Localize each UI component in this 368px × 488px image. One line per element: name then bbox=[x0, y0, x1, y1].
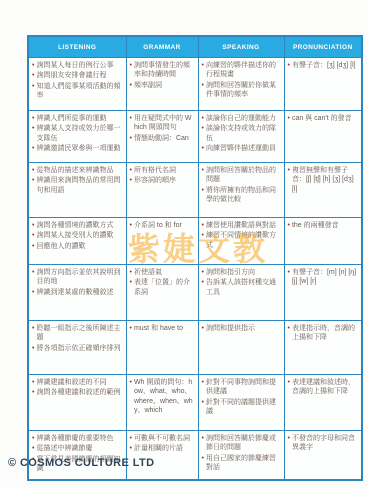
bullet-icon: • bbox=[202, 61, 204, 70]
bullet-item-text: 有聲子音：[m] [n] [ŋ] [j] [w] [r] bbox=[292, 268, 358, 287]
bullet-item-text: 辨識建議和敘述的不同 bbox=[36, 378, 122, 387]
bullet-item: •詢問和回答關於節慶或節日的問題 bbox=[202, 434, 281, 453]
bullet-item-text: 可數與不可數名詞 bbox=[134, 434, 195, 443]
bullet-item-text: 表達建議和敘述時，音調的上揚和下降 bbox=[292, 378, 358, 397]
bullet-icon: • bbox=[288, 324, 290, 333]
bullet-item: •詢問和回答關於你做某件事情的頻率 bbox=[202, 81, 281, 100]
bullet-item: •詢問和提供指示 bbox=[202, 324, 281, 333]
table-row: •從物品的描述來辨識物品•辨識用來詢問物品的常用問句和用語•所有格代名詞•形容詞… bbox=[28, 163, 362, 218]
table-cell: •詢問各種情境的讚歎方式•詢問某人接受別人的讚歎•回應他人的讚歎 bbox=[28, 218, 126, 265]
bullet-icon: • bbox=[32, 71, 34, 80]
table-header-row: LISTENING GRAMMAR SPEAKING PRONUNCIATION bbox=[28, 36, 362, 58]
bullet-item-text: 練習使用讚歎語與對話 bbox=[206, 221, 281, 230]
bullet-item-text: 告訴某人該搭何種交通工具 bbox=[206, 278, 281, 297]
bullet-item-text: 不發音的字母和同音異義字 bbox=[292, 434, 358, 453]
bullet-item: •從物品的描述來辨識物品 bbox=[32, 166, 123, 175]
bullet-icon: • bbox=[32, 82, 34, 91]
bullet-item-text: 將各項指示依正確順序排列 bbox=[36, 344, 122, 353]
bullet-icon: • bbox=[32, 242, 34, 251]
table-row: •辨識各種節慶的重要特色•從描述中辨識節慶•寫下常見美國節慶的相關知識•可數與不… bbox=[28, 431, 362, 480]
column-header-grammar: GRAMMAR bbox=[126, 36, 198, 58]
bullet-item: •辨識用來詢問物品的常用問句和用語 bbox=[32, 176, 123, 195]
bullet-item: •將各項指示依正確順序排列 bbox=[32, 344, 123, 353]
bullet-item-text: 詢問和回答關於物品的問題 bbox=[206, 166, 281, 185]
table-cell: •從物品的描述來辨識物品•辨識用來詢問物品的常用問句和用語 bbox=[28, 163, 126, 218]
table-cell: •所有格代名詞•形容詞的順序 bbox=[126, 163, 198, 218]
bullet-icon: • bbox=[32, 378, 34, 387]
bullet-item-text: 向練習夥伴描述運動員 bbox=[206, 144, 281, 153]
bullet-item: •知道人們從事某項活動的頻率 bbox=[32, 82, 123, 101]
bullet-item-text: 表達指示時，音調的上揚和下降 bbox=[292, 324, 358, 343]
bullet-icon: • bbox=[202, 398, 204, 407]
bullet-icon: • bbox=[32, 166, 34, 175]
bullet-item: •辨識到達某處的數種敘述 bbox=[32, 288, 123, 297]
bullet-icon: • bbox=[288, 268, 290, 277]
bullet-item-text: 辨識人們所從事的運動 bbox=[36, 114, 122, 123]
bullet-icon: • bbox=[130, 81, 132, 90]
bullet-item: •祈使語氣 bbox=[130, 268, 195, 277]
bullet-item-text: 表達「位置」的介系詞 bbox=[134, 278, 195, 297]
bullet-item: •有聲子音：[ʒ] [dʒ] [l] bbox=[288, 61, 359, 70]
bullet-icon: • bbox=[130, 166, 132, 175]
bullet-item: •向練習夥伴描述運動員 bbox=[202, 144, 281, 153]
bullet-item-text: 談論你支持或效力的隊伍 bbox=[206, 124, 281, 143]
bullet-icon: • bbox=[130, 176, 132, 185]
bullet-icon: • bbox=[202, 268, 204, 277]
bullet-item: •用自己國家的節慶練習對話 bbox=[202, 454, 281, 473]
bullet-item-text: 知道人們從事某項活動的頻率 bbox=[36, 82, 122, 101]
table-cell: •練習使用讚歎語與對話•練習不同情境的讚歎方式 bbox=[198, 218, 284, 265]
table-cell: •聆聽一組指示之後所陳述主題•將各項指示依正確順序排列 bbox=[28, 321, 126, 375]
bullet-icon: • bbox=[202, 324, 204, 333]
bullet-item: •情態助動詞：Can bbox=[130, 134, 195, 143]
bullet-icon: • bbox=[288, 166, 290, 175]
bullet-item-text: 針對不同的議題提供建議 bbox=[206, 398, 281, 417]
bullet-item: •談論你自己的運動能力 bbox=[202, 114, 281, 123]
bullet-item-text: 針對不同事物詢問和提供建議 bbox=[206, 378, 281, 397]
bullet-icon: • bbox=[202, 124, 204, 133]
bullet-icon: • bbox=[288, 61, 290, 70]
table-cell: •介系詞 to 和 for bbox=[126, 218, 198, 265]
bullet-icon: • bbox=[202, 221, 204, 230]
bullet-icon: • bbox=[130, 324, 132, 333]
bullet-item: •詢問和回答關於物品的問題 bbox=[202, 166, 281, 185]
bullet-item-text: 詢問和回答關於節慶或節日的問題 bbox=[206, 434, 281, 453]
scanned-page: LISTENING GRAMMAR SPEAKING PRONUNCIATION… bbox=[0, 0, 368, 488]
bullet-item-text: 詢問某人每日的例行公事 bbox=[36, 61, 122, 70]
bullet-icon: • bbox=[130, 378, 132, 387]
bullet-item: •must 和 have to bbox=[130, 324, 195, 333]
bullet-item-text: 辨識邀請民眾參與一項運動 bbox=[36, 144, 122, 153]
bullet-item-text: 詢問方向指示並依其說明到目的地 bbox=[36, 268, 122, 287]
bullet-item: •所有格代名詞 bbox=[130, 166, 195, 175]
bullet-item-text: 談論你自己的運動能力 bbox=[206, 114, 281, 123]
bullet-icon: • bbox=[288, 434, 290, 443]
bullet-item-text: 祈使語氣 bbox=[134, 268, 195, 277]
bullet-item: •表達指示時，音調的上揚和下降 bbox=[288, 324, 359, 343]
bullet-icon: • bbox=[130, 268, 132, 277]
bullet-item: •辨識邀請民眾參與一項運動 bbox=[32, 144, 123, 153]
bullet-item-text: 從描述中辨識節慶 bbox=[36, 444, 122, 453]
bullet-item: •複習無聲和有聲子音：[ʃ] [tʃ] [h] [ʒ] [dʒ] [l] bbox=[288, 166, 359, 194]
bullet-item-text: 詢問和回答關於你做某件事情的頻率 bbox=[206, 81, 281, 100]
table-cell: •複習無聲和有聲子音：[ʃ] [tʃ] [h] [ʒ] [dʒ] [l] bbox=[284, 163, 362, 218]
bullet-item-text: 詢問某人接受別人的讚歎 bbox=[36, 231, 122, 240]
bullet-icon: • bbox=[288, 378, 290, 387]
bullet-item-text: 辨識用來詢問物品的常用問句和用語 bbox=[36, 176, 122, 195]
column-header-listening: LISTENING bbox=[28, 36, 126, 58]
bullet-item: •回應他人的讚歎 bbox=[32, 242, 123, 251]
bullet-icon: • bbox=[32, 124, 34, 133]
bullet-item-text: 辨識某人支持或效力於哪一支隊伍 bbox=[36, 124, 122, 143]
bullet-item: •the 的兩種發音 bbox=[288, 221, 359, 230]
bullet-item: •詢問某人每日的例行公事 bbox=[32, 61, 123, 70]
table-cell: •詢問和提供指示 bbox=[198, 321, 284, 375]
bullet-icon: • bbox=[32, 268, 34, 277]
bullet-item-text: 詢問朋友安排會議行程 bbox=[36, 71, 122, 80]
bullet-icon: • bbox=[32, 444, 34, 453]
bullet-item-text: 練習不同情境的讚歎方式 bbox=[206, 231, 281, 250]
bullet-icon: • bbox=[32, 61, 34, 70]
bullet-item-text: 聆聽一組指示之後所陳述主題 bbox=[36, 324, 122, 343]
table-row: •辨識人們所從事的運動•辨識某人支持或效力於哪一支隊伍•辨識邀請民眾參與一項運動… bbox=[28, 111, 362, 163]
table-cell: •詢問和回答關於節慶或節日的問題•用自己國家的節慶練習對話 bbox=[198, 431, 284, 480]
bullet-item-text: 形容詞的順序 bbox=[134, 176, 195, 185]
table-cell: •辨識建議和敘述的不同•詢問各種建議和敘述的範例 bbox=[28, 375, 126, 431]
bullet-icon: • bbox=[32, 434, 34, 443]
bullet-icon: • bbox=[32, 176, 34, 185]
bullet-item-text: 計量相關的片語 bbox=[134, 444, 195, 453]
bullet-item: •Wh 開頭的問句：how、what、who、where、when、why、wh… bbox=[130, 378, 195, 416]
bullet-item-text: 詢問和指引方向 bbox=[206, 268, 281, 277]
table-cell: •must 和 have to bbox=[126, 321, 198, 375]
bullet-icon: • bbox=[288, 221, 290, 230]
bullet-icon: • bbox=[130, 134, 132, 143]
bullet-item: •介系詞 to 和 for bbox=[130, 221, 195, 230]
bullet-item-text: 所有格代名詞 bbox=[134, 166, 195, 175]
bullet-icon: • bbox=[202, 434, 204, 443]
bullet-icon: • bbox=[130, 221, 132, 230]
bullet-icon: • bbox=[202, 454, 204, 463]
bullet-item-text: 用自己國家的節慶練習對話 bbox=[206, 454, 281, 473]
table-row: •詢問方向指示並依其說明到目的地•辨識到達某處的數種敘述•祈使語氣•表達「位置」… bbox=[28, 265, 362, 321]
table-cell: •辨識人們所從事的運動•辨識某人支持或效力於哪一支隊伍•辨識邀請民眾參與一項運動 bbox=[28, 111, 126, 163]
bullet-item: •can 與 can't 的發音 bbox=[288, 114, 359, 123]
column-header-pronunciation: PRONUNCIATION bbox=[284, 36, 362, 58]
bullet-item-text: 複習無聲和有聲子音：[ʃ] [tʃ] [h] [ʒ] [dʒ] [l] bbox=[292, 166, 358, 194]
bullet-icon: • bbox=[32, 144, 34, 153]
bullet-item: •表達建議和敘述時，音調的上揚和下降 bbox=[288, 378, 359, 397]
bullet-item: •可數與不可數名詞 bbox=[130, 434, 195, 443]
table-cell: •有聲子音：[ʒ] [dʒ] [l] bbox=[284, 58, 362, 111]
bullet-item-text: 向練習的夥伴描述你的行程規畫 bbox=[206, 61, 281, 80]
bullet-item: •計量相關的片語 bbox=[130, 444, 195, 453]
bullet-icon: • bbox=[202, 186, 204, 195]
bullet-item: •辨識人們所從事的運動 bbox=[32, 114, 123, 123]
table-cell: •談論你自己的運動能力•談論你支持或效力的隊伍•向練習夥伴描述運動員 bbox=[198, 111, 284, 163]
bullet-item-text: 從物品的描述來辨識物品 bbox=[36, 166, 122, 175]
bullet-item: •聆聽一組指示之後所陳述主題 bbox=[32, 324, 123, 343]
bullet-item-text: 頻率副詞 bbox=[134, 81, 195, 90]
bullet-item-text: 詢問各種建議和敘述的範例 bbox=[36, 388, 122, 397]
bullet-icon: • bbox=[32, 114, 34, 123]
bullet-icon: • bbox=[202, 144, 204, 153]
bullet-item-text: 將你所擁有的物品和同學的做比較 bbox=[206, 186, 281, 205]
table-row: •辨識建議和敘述的不同•詢問各種建議和敘述的範例•Wh 開頭的問句：how、wh… bbox=[28, 375, 362, 431]
bullet-icon: • bbox=[32, 324, 34, 333]
table-cell: •Wh 開頭的問句：how、what、who、where、when、why、wh… bbox=[126, 375, 198, 431]
table-cell: •can 與 can't 的發音 bbox=[284, 111, 362, 163]
table-cell: •表達建議和敘述時，音調的上揚和下降 bbox=[284, 375, 362, 431]
bullet-icon: • bbox=[130, 114, 132, 123]
bullet-icon: • bbox=[130, 61, 132, 70]
bullet-icon: • bbox=[130, 434, 132, 443]
table-row: •詢問某人每日的例行公事•詢問朋友安排會議行程•知道人們從事某項活動的頻率•詢問… bbox=[28, 58, 362, 111]
bullet-item-text: 情態助動詞：Can bbox=[134, 134, 195, 143]
bullet-icon: • bbox=[202, 81, 204, 90]
bullet-item: •詢問各種情境的讚歎方式 bbox=[32, 221, 123, 230]
bullet-item: •談論你支持或效力的隊伍 bbox=[202, 124, 281, 143]
table-cell: •詢問事情發生的頻率和持續時間•頻率副詞 bbox=[126, 58, 198, 111]
bullet-item-text: 回應他人的讚歎 bbox=[36, 242, 122, 251]
bullet-item-text: 辨識到達某處的數種敘述 bbox=[36, 288, 122, 297]
bullet-item: •告訴某人該搭何種交通工具 bbox=[202, 278, 281, 297]
table-cell: •辨識各種節慶的重要特色•從描述中辨識節慶•寫下常見美國節慶的相關知識 bbox=[28, 431, 126, 480]
bullet-icon: • bbox=[202, 114, 204, 123]
bullet-item-text: can 與 can't 的發音 bbox=[292, 114, 358, 123]
table-cell: •詢問和指引方向•告訴某人該搭何種交通工具 bbox=[198, 265, 284, 321]
bullet-item: •辨識各種節慶的重要特色 bbox=[32, 434, 123, 443]
bullet-icon: • bbox=[32, 288, 34, 297]
table-cell: •向練習的夥伴描述你的行程規畫•詢問和回答關於你做某件事情的頻率 bbox=[198, 58, 284, 111]
bullet-item: •詢問事情發生的頻率和持續時間 bbox=[130, 61, 195, 80]
bullet-item: •向練習的夥伴描述你的行程規畫 bbox=[202, 61, 281, 80]
bullet-item-text: 詢問各種情境的讚歎方式 bbox=[36, 221, 122, 230]
bullet-icon: • bbox=[32, 221, 34, 230]
copyright-notice: © COSMOS CULTURE LTD bbox=[8, 457, 154, 469]
bullet-item: •針對不同的議題提供建議 bbox=[202, 398, 281, 417]
table-row: •聆聽一組指示之後所陳述主題•將各項指示依正確順序排列•must 和 have … bbox=[28, 321, 362, 375]
table-cell: •不發音的字母和同音異義字 bbox=[284, 431, 362, 480]
table-cell: •祈使語氣•表達「位置」的介系詞 bbox=[126, 265, 198, 321]
bullet-item-text: 有聲子音：[ʒ] [dʒ] [l] bbox=[292, 61, 358, 70]
bullet-item: •辨識建議和敘述的不同 bbox=[32, 378, 123, 387]
curriculum-table: LISTENING GRAMMAR SPEAKING PRONUNCIATION… bbox=[27, 35, 363, 481]
table-cell: •有聲子音：[m] [n] [ŋ] [j] [w] [r] bbox=[284, 265, 362, 321]
bullet-item: •不發音的字母和同音異義字 bbox=[288, 434, 359, 453]
table-cell: •用在疑問式中的 Which 開頭問句•情態助動詞：Can bbox=[126, 111, 198, 163]
table-cell: •詢問和回答關於物品的問題•將你所擁有的物品和同學的做比較 bbox=[198, 163, 284, 218]
table-cell: •詢問某人每日的例行公事•詢問朋友安排會議行程•知道人們從事某項活動的頻率 bbox=[28, 58, 126, 111]
bullet-icon: • bbox=[32, 231, 34, 240]
bullet-icon: • bbox=[202, 378, 204, 387]
bullet-item: •有聲子音：[m] [n] [ŋ] [j] [w] [r] bbox=[288, 268, 359, 287]
bullet-item-text: Wh 開頭的問句：how、what、who、where、when、why、whi… bbox=[134, 378, 195, 416]
bullet-item: •形容詞的順序 bbox=[130, 176, 195, 185]
bullet-item: •辨識某人支持或效力於哪一支隊伍 bbox=[32, 124, 123, 143]
bullet-item-text: the 的兩種發音 bbox=[292, 221, 358, 230]
bullet-icon: • bbox=[32, 388, 34, 397]
bullet-item: •練習使用讚歎語與對話 bbox=[202, 221, 281, 230]
table-cell: •針對不同事物詢問和提供建議•針對不同的議題提供建議 bbox=[198, 375, 284, 431]
bullet-item: •將你所擁有的物品和同學的做比較 bbox=[202, 186, 281, 205]
table-cell: •表達指示時，音調的上揚和下降 bbox=[284, 321, 362, 375]
bullet-icon: • bbox=[202, 231, 204, 240]
bullet-icon: • bbox=[130, 278, 132, 287]
bullet-icon: • bbox=[32, 344, 34, 353]
bullet-item: •練習不同情境的讚歎方式 bbox=[202, 231, 281, 250]
bullet-item: •從描述中辨識節慶 bbox=[32, 444, 123, 453]
bullet-icon: • bbox=[130, 444, 132, 453]
bullet-item: •用在疑問式中的 Which 開頭問句 bbox=[130, 114, 195, 133]
bullet-icon: • bbox=[288, 114, 290, 123]
table-cell: •詢問方向指示並依其說明到目的地•辨識到達某處的數種敘述 bbox=[28, 265, 126, 321]
bullet-icon: • bbox=[202, 166, 204, 175]
bullet-item: •詢問某人接受別人的讚歎 bbox=[32, 231, 123, 240]
bullet-item: •表達「位置」的介系詞 bbox=[130, 278, 195, 297]
table-body: •詢問某人每日的例行公事•詢問朋友安排會議行程•知道人們從事某項活動的頻率•詢問… bbox=[28, 58, 362, 480]
bullet-item: •詢問和指引方向 bbox=[202, 268, 281, 277]
bullet-item: •詢問朋友安排會議行程 bbox=[32, 71, 123, 80]
table-row: •詢問各種情境的讚歎方式•詢問某人接受別人的讚歎•回應他人的讚歎•介系詞 to … bbox=[28, 218, 362, 265]
bullet-item-text: 用在疑問式中的 Which 開頭問句 bbox=[134, 114, 195, 133]
bullet-item-text: 詢問事情發生的頻率和持續時間 bbox=[134, 61, 195, 80]
bullet-item-text: must 和 have to bbox=[134, 324, 195, 333]
bullet-item-text: 辨識各種節慶的重要特色 bbox=[36, 434, 122, 443]
table-cell: •可數與不可數名詞•計量相關的片語 bbox=[126, 431, 198, 480]
bullet-item: •詢問方向指示並依其說明到目的地 bbox=[32, 268, 123, 287]
bullet-item: •針對不同事物詢問和提供建議 bbox=[202, 378, 281, 397]
table-cell: •the 的兩種發音 bbox=[284, 218, 362, 265]
bullet-item: •詢問各種建議和敘述的範例 bbox=[32, 388, 123, 397]
column-header-speaking: SPEAKING bbox=[198, 36, 284, 58]
bullet-item: •頻率副詞 bbox=[130, 81, 195, 90]
bullet-item-text: 介系詞 to 和 for bbox=[134, 221, 195, 230]
bullet-icon: • bbox=[202, 278, 204, 287]
bullet-item-text: 詢問和提供指示 bbox=[206, 324, 281, 333]
